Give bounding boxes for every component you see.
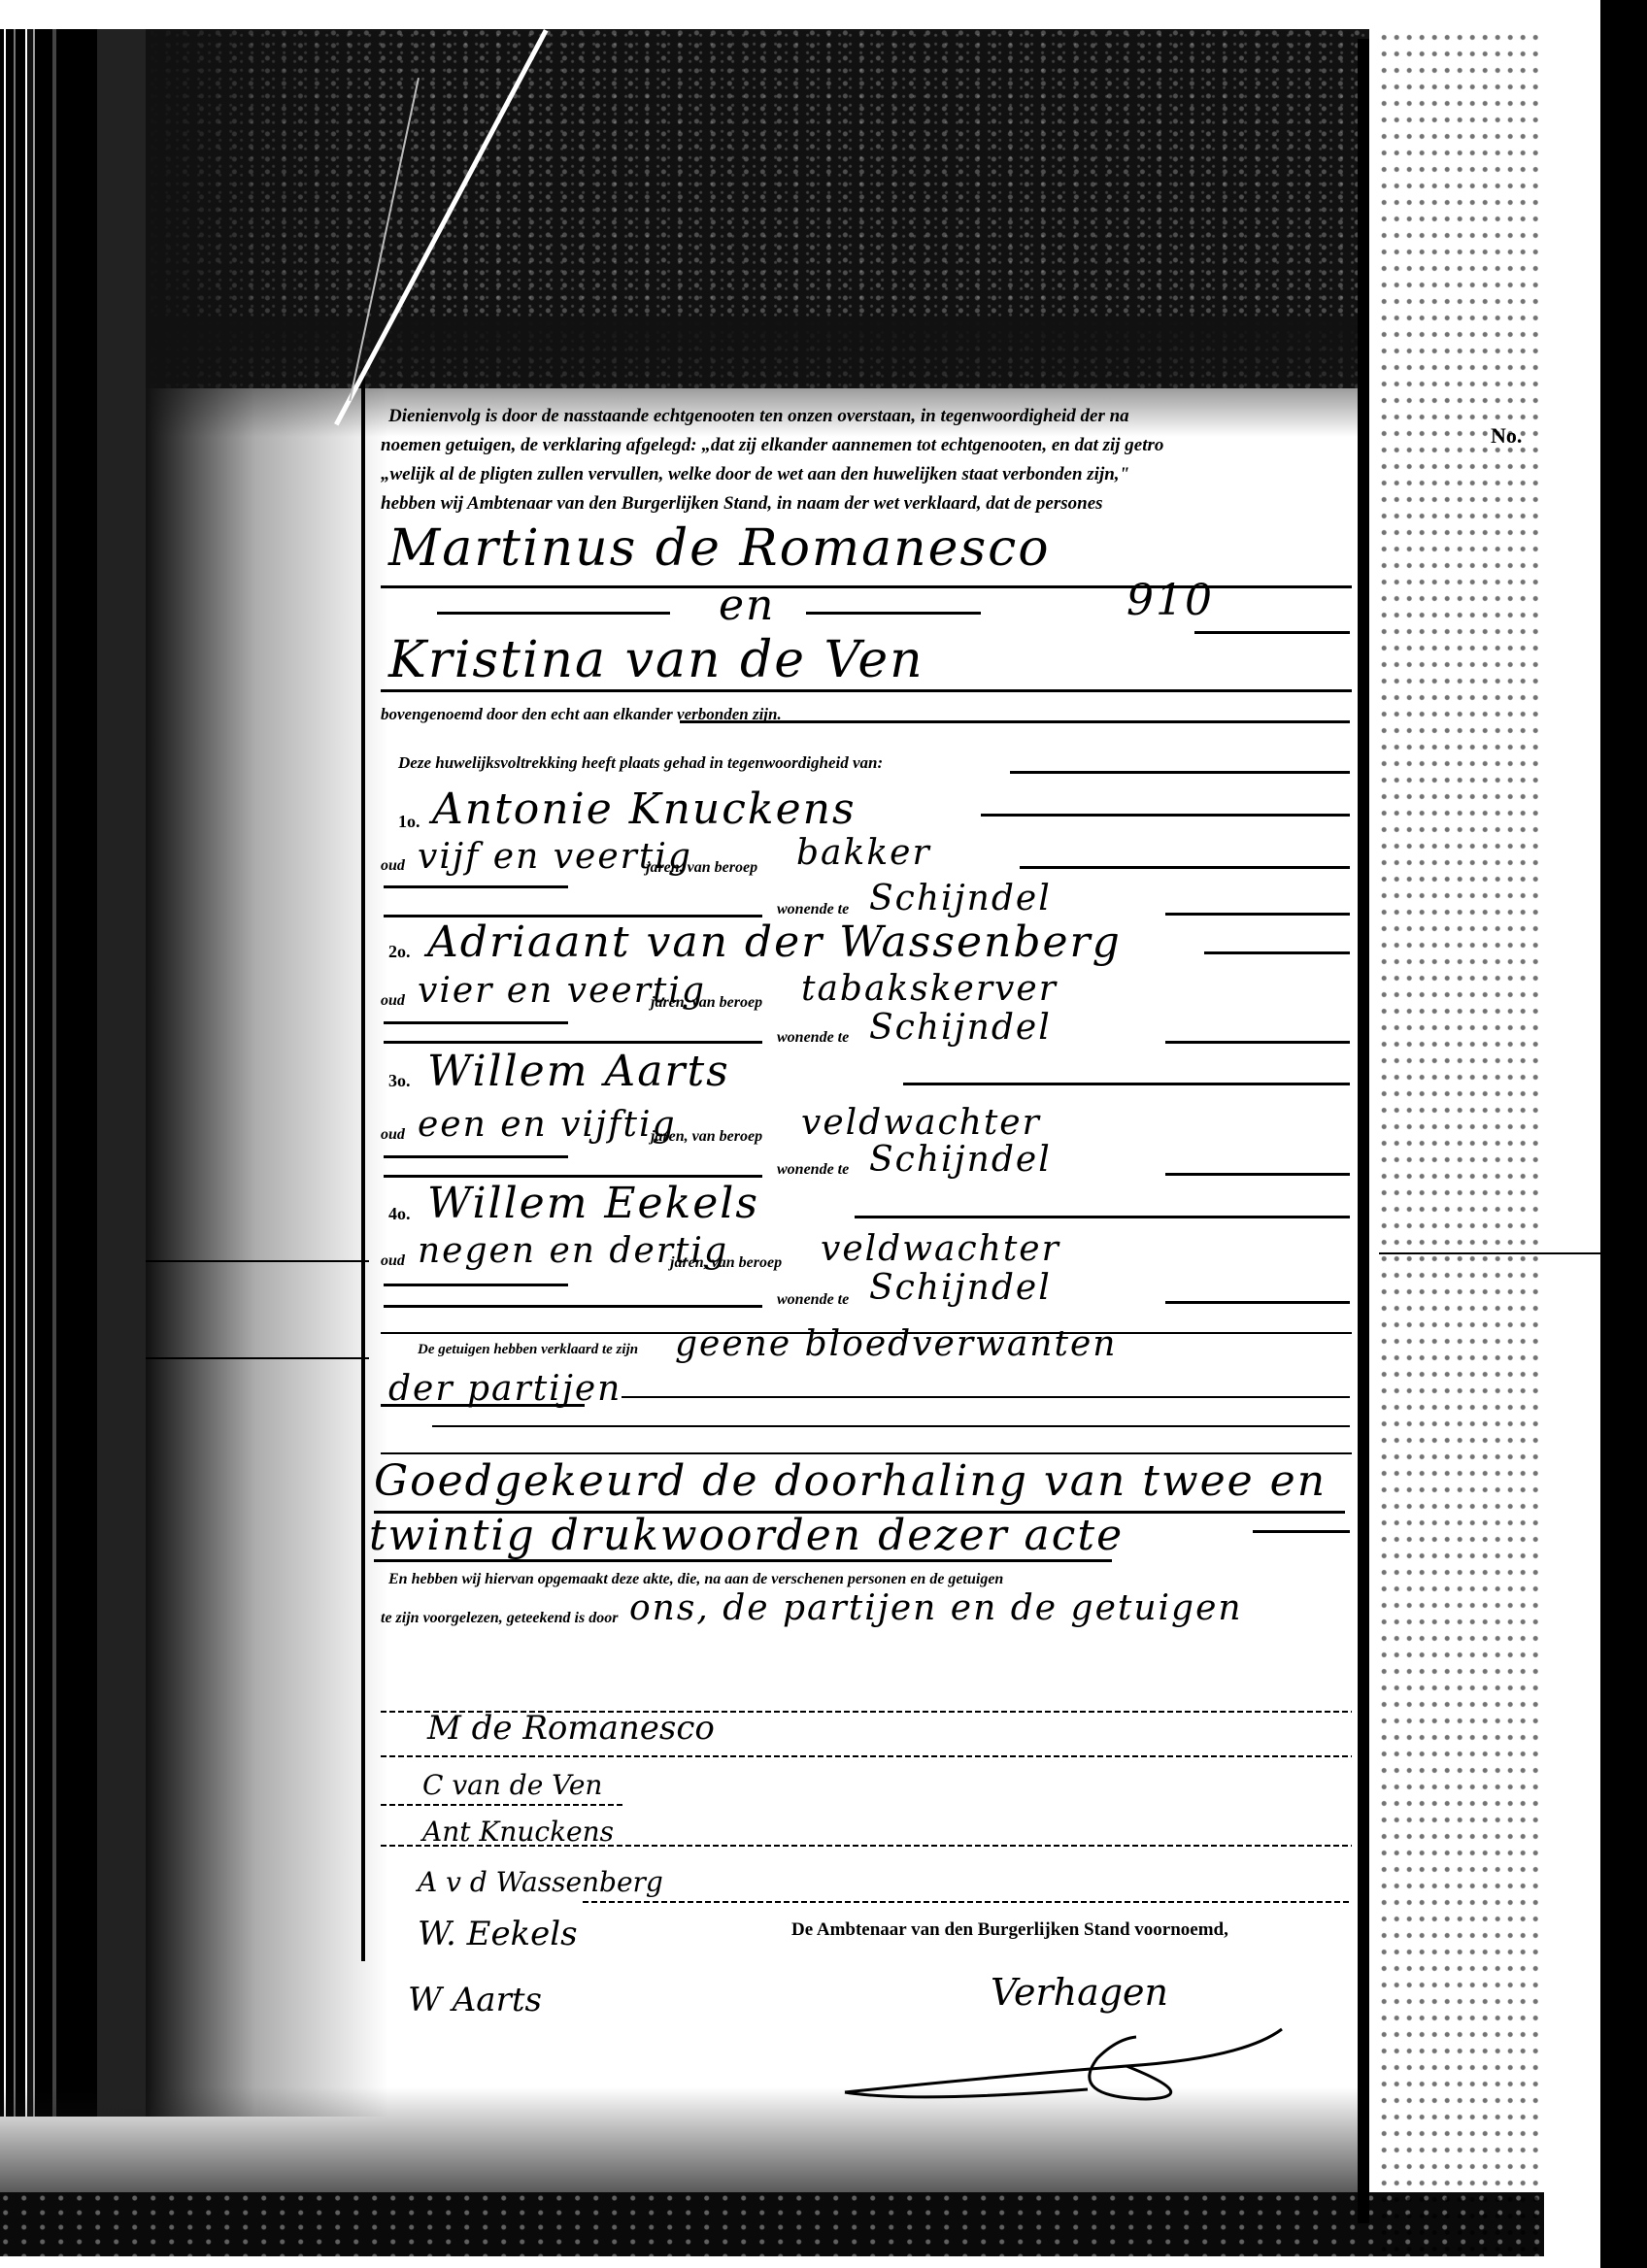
declaration-fill-1 [622, 1396, 1350, 1398]
printed-intro-line-3: „welijk al de pligten zullen vervullen, … [381, 464, 1129, 485]
witness-3-age-prefix: oud [381, 1126, 405, 1144]
witness-3-name: Willem Aarts [427, 1047, 730, 1096]
conjunction: en [719, 581, 775, 630]
witness-1-occupation-fill [1020, 866, 1350, 869]
witness-1-residence-label: wonende te [777, 901, 849, 918]
closing-line-1: En hebben wij hiervan opgemaakt deze akt… [388, 1571, 1003, 1588]
witness-1-number: 1o. [398, 812, 420, 832]
witness-2-name: Adriaant van der Wassenberg [427, 917, 1122, 967]
witness-declaration-value-2: der partijen [388, 1369, 622, 1409]
witness-3-name-fill [903, 1083, 1350, 1085]
witness-1-occupation-label: jaren, van beroep [646, 859, 757, 877]
witness-2-residence-label: wonende te [777, 1029, 849, 1047]
signature-witness-2: A v d Wassenberg [418, 1866, 663, 1898]
witness-4-residence-label: wonende te [777, 1291, 849, 1309]
annotation-line-1: Goedgekeurd de doorhaling van twee en [374, 1456, 1327, 1506]
printed-intro-line-4: hebben wij Ambtenaar van den Burgerlijke… [381, 493, 1103, 515]
conjunction-dash-left [437, 612, 670, 615]
scan-shadow-bottom [0, 2192, 1544, 2256]
declaration-underline [381, 1404, 585, 1407]
printed-intro-line-2: noemen getuigen, de verklaring afgelegd:… [381, 435, 1163, 456]
witnesses-intro-fill [1010, 771, 1350, 774]
printed-witnesses-intro: Deze huwelijksvoltrekking heeft plaats g… [398, 753, 883, 773]
closing-line-2-value: ons, de partijen en de getuigen [629, 1588, 1243, 1628]
witness-1-occupation: bakker [796, 833, 931, 873]
witness-2-residence-lead [384, 1041, 762, 1044]
witness-2-residence-fill [1165, 1041, 1350, 1044]
witness-3-occupation-label: jaren, van beroep [651, 1128, 762, 1146]
witness-4-residence-lead [384, 1305, 762, 1308]
page-border-rule [1358, 39, 1369, 2223]
witness-3-residence-fill [1165, 1173, 1350, 1176]
witness-4-name: Willem Eekels [427, 1179, 759, 1228]
bride-underline [381, 689, 1352, 692]
annotation-dash [1253, 1530, 1350, 1533]
witness-2-occupation-label: jaren, van beroep [651, 994, 762, 1012]
left-margin-rule [146, 1357, 369, 1359]
printed-intro-line-1: Dienienvolg is door de nasstaande echtge… [388, 406, 1129, 427]
signature-rule-2 [381, 1755, 1352, 1757]
witness-4-occupation: veldwachter [821, 1229, 1060, 1269]
witness-4-residence: Schijndel [869, 1268, 1052, 1308]
joined-fill-line [680, 720, 1350, 723]
declaration-fill-2 [432, 1425, 1350, 1427]
witness-3-age: een en vijftig [418, 1105, 677, 1145]
witness-4-number: 4o. [388, 1204, 411, 1224]
witness-declaration-value: geene bloedverwanten [675, 1324, 1117, 1364]
witness-3-residence-lead [384, 1175, 762, 1178]
signature-witness-4: W. Eekels [418, 1915, 578, 1953]
groom-name: Martinus de Romanesco [388, 519, 1051, 578]
scan-shadow-left-fade [146, 29, 388, 2117]
left-margin-rule-2 [146, 1260, 369, 1262]
witness-3-number: 3o. [388, 1071, 411, 1091]
official-label: De Ambtenaar van den Burgerlijken Stand … [791, 1919, 1228, 1941]
witness-1-residence-fill [1165, 913, 1350, 916]
margin-note-number: 910 [1126, 576, 1214, 625]
signature-groom: M de Romanesco [427, 1709, 715, 1748]
witness-2-number: 2o. [388, 942, 411, 962]
witness-2-residence: Schijndel [869, 1008, 1052, 1048]
witness-4-residence-fill [1165, 1301, 1350, 1304]
witness-3-residence-label: wonende te [777, 1161, 849, 1179]
witness-2-blank-line [384, 1021, 568, 1024]
witness-3-blank-line [384, 1155, 568, 1158]
signature-witness-3: W Aarts [408, 1981, 542, 2019]
official-signature: Verhagen [991, 1971, 1168, 2014]
witness-2-age-prefix: oud [381, 992, 405, 1010]
conjunction-dash-right [806, 612, 981, 615]
witness-4-age-prefix: oud [381, 1252, 405, 1270]
witness-4-name-fill [855, 1216, 1350, 1218]
bride-name: Kristina van de Ven [388, 631, 924, 689]
witness-2-name-fill [1204, 951, 1350, 954]
witness-1-name-fill [981, 814, 1350, 817]
signature-witness-1: Ant Knuckens [422, 1816, 614, 1848]
conjunction-dash-end [1194, 631, 1350, 634]
witness-declaration-label: De getuigen hebben verklaard te zijn [418, 1342, 638, 1358]
signature-rule-5 [583, 1901, 1350, 1903]
scan-edge-right [1600, 0, 1647, 2268]
official-signature-flourish [835, 2019, 1340, 2107]
margin-number-label: No. [1491, 423, 1522, 449]
closing-line-2-prefix: te zijn voorgelezen, geteekend is door [381, 1610, 618, 1627]
witness-4-occupation-label: jaren, van beroep [670, 1254, 782, 1272]
right-margin-rule [1379, 1252, 1602, 1254]
scan-noise-right [1379, 29, 1544, 2262]
witness-2-occupation: tabakskerver [801, 969, 1058, 1009]
witness-4-blank-line [384, 1284, 568, 1286]
witness-3-residence: Schijndel [869, 1140, 1052, 1180]
annotation-line-2: twintig drukwoorden dezer acte [369, 1511, 1124, 1560]
declaration-fill-3 [381, 1452, 1352, 1454]
witness-3-occupation: veldwachter [801, 1103, 1041, 1143]
witness-1-age-prefix: oud [381, 857, 405, 875]
signature-rule-3 [381, 1804, 623, 1806]
signature-bride: C van de Ven [422, 1769, 602, 1801]
witness-1-name: Antonie Knuckens [432, 784, 857, 834]
scan-shadow-left [0, 29, 146, 2117]
witness-1-residence: Schijndel [869, 879, 1052, 918]
margin-rule [361, 369, 365, 1961]
annotation-underline-2 [374, 1559, 1112, 1562]
witness-1-blank-line [384, 885, 568, 888]
